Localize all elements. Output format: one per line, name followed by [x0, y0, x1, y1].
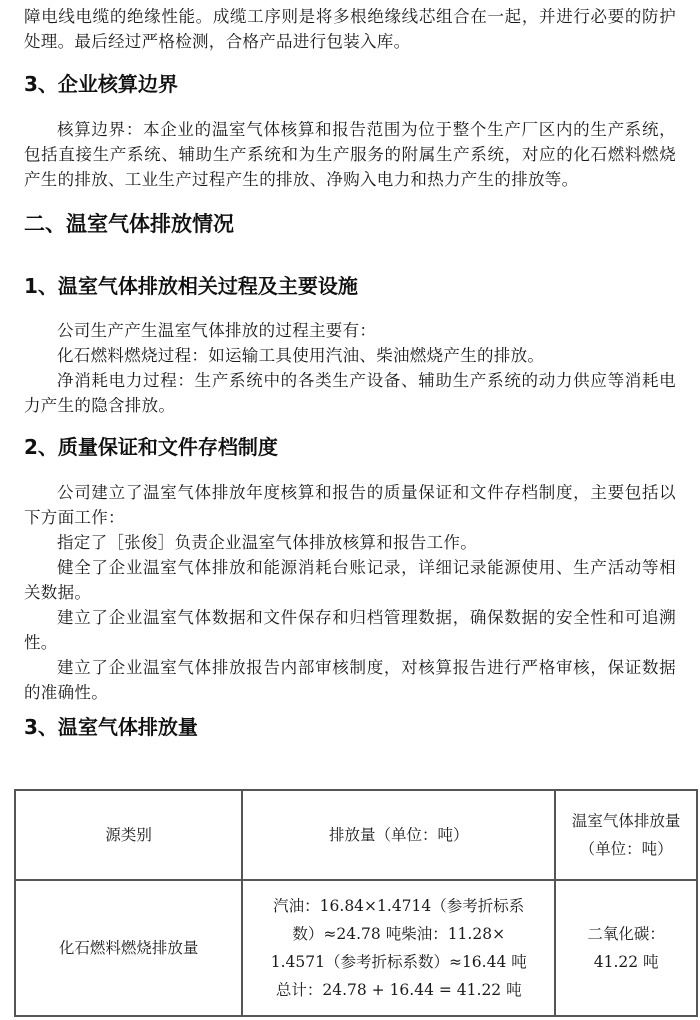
table-header-row: 源类别 排放量（单位：吨） 温室气体排放量（单位：吨）	[15, 790, 697, 880]
section-heading-processes: 1、温室气体排放相关过程及主要设施	[24, 272, 358, 300]
quality-paragraph-2: 指定了［张俊］负责企业温室气体排放核算和报告工作。	[24, 530, 676, 555]
amount-line-1: 汽油：16.84×1.4714（参考折标系	[251, 892, 546, 920]
table-row: 化石燃料燃烧排放量 汽油：16.84×1.4714（参考折标系 数）≈24.78…	[15, 880, 697, 1016]
emissions-table: 源类别 排放量（单位：吨） 温室气体排放量（单位：吨） 化石燃料燃烧排放量 汽油…	[14, 789, 698, 1017]
section-heading-boundary: 3、企业核算边界	[24, 70, 178, 98]
chapter-heading-emissions: 二、温室气体排放情况	[24, 209, 234, 239]
section-heading-quality: 2、质量保证和文件存档制度	[24, 433, 278, 461]
quality-paragraph-4: 建立了企业温室气体数据和文件保存和归档管理数据，确保数据的安全性和可追溯性。	[24, 605, 676, 655]
boundary-paragraph: 核算边界：本企业的温室气体核算和报告范围为位于整个生产厂区内的生产系统，包括直接…	[24, 117, 676, 192]
continuation-paragraph: 障电线电缆的绝缘性能。成缆工序则是将多根绝缘线芯组合在一起，并进行必要的防护处理…	[24, 4, 676, 54]
cell-source: 化石燃料燃烧排放量	[15, 880, 242, 1016]
header-ghg-amount: 温室气体排放量（单位：吨）	[555, 790, 697, 880]
quality-paragraph-3: 健全了企业温室气体排放和能源消耗台账记录，详细记录能源使用、生产活动等相关数据。	[24, 555, 676, 605]
amount-line-3: 1.4571（参考折标系数）≈16.44 吨	[251, 948, 546, 976]
header-source-category: 源类别	[15, 790, 242, 880]
cell-amount: 汽油：16.84×1.4714（参考折标系 数）≈24.78 吨柴油：11.28…	[242, 880, 555, 1016]
quality-paragraph-1: 公司建立了温室气体排放年度核算和报告的质量保证和文件存档制度，主要包括以下方面工…	[24, 480, 676, 530]
amount-line-2: 数）≈24.78 吨柴油：11.28×	[251, 920, 546, 948]
amount-line-4: 总计：24.78 + 16.44 = 41.22 吨	[251, 976, 546, 1004]
ghg-line-2: 41.22 吨	[564, 948, 688, 976]
section-heading-amount: 3、温室气体排放量	[24, 713, 198, 741]
processes-paragraph-3: 净消耗电力过程：生产系统中的各类生产设备、辅助生产系统的动力供应等消耗电力产生的…	[24, 368, 676, 418]
quality-paragraph-5: 建立了企业温室气体排放报告内部审核制度，对核算报告进行严格审核，保证数据的准确性…	[24, 655, 676, 705]
processes-paragraph-2: 化石燃料燃烧过程：如运输工具使用汽油、柴油燃烧产生的排放。	[24, 343, 676, 368]
ghg-line-1: 二氧化碳：	[564, 920, 688, 948]
header-emission-amount: 排放量（单位：吨）	[242, 790, 555, 880]
processes-paragraph-1: 公司生产产生温室气体排放的过程主要有：	[24, 318, 676, 343]
cell-ghg: 二氧化碳： 41.22 吨	[555, 880, 697, 1016]
